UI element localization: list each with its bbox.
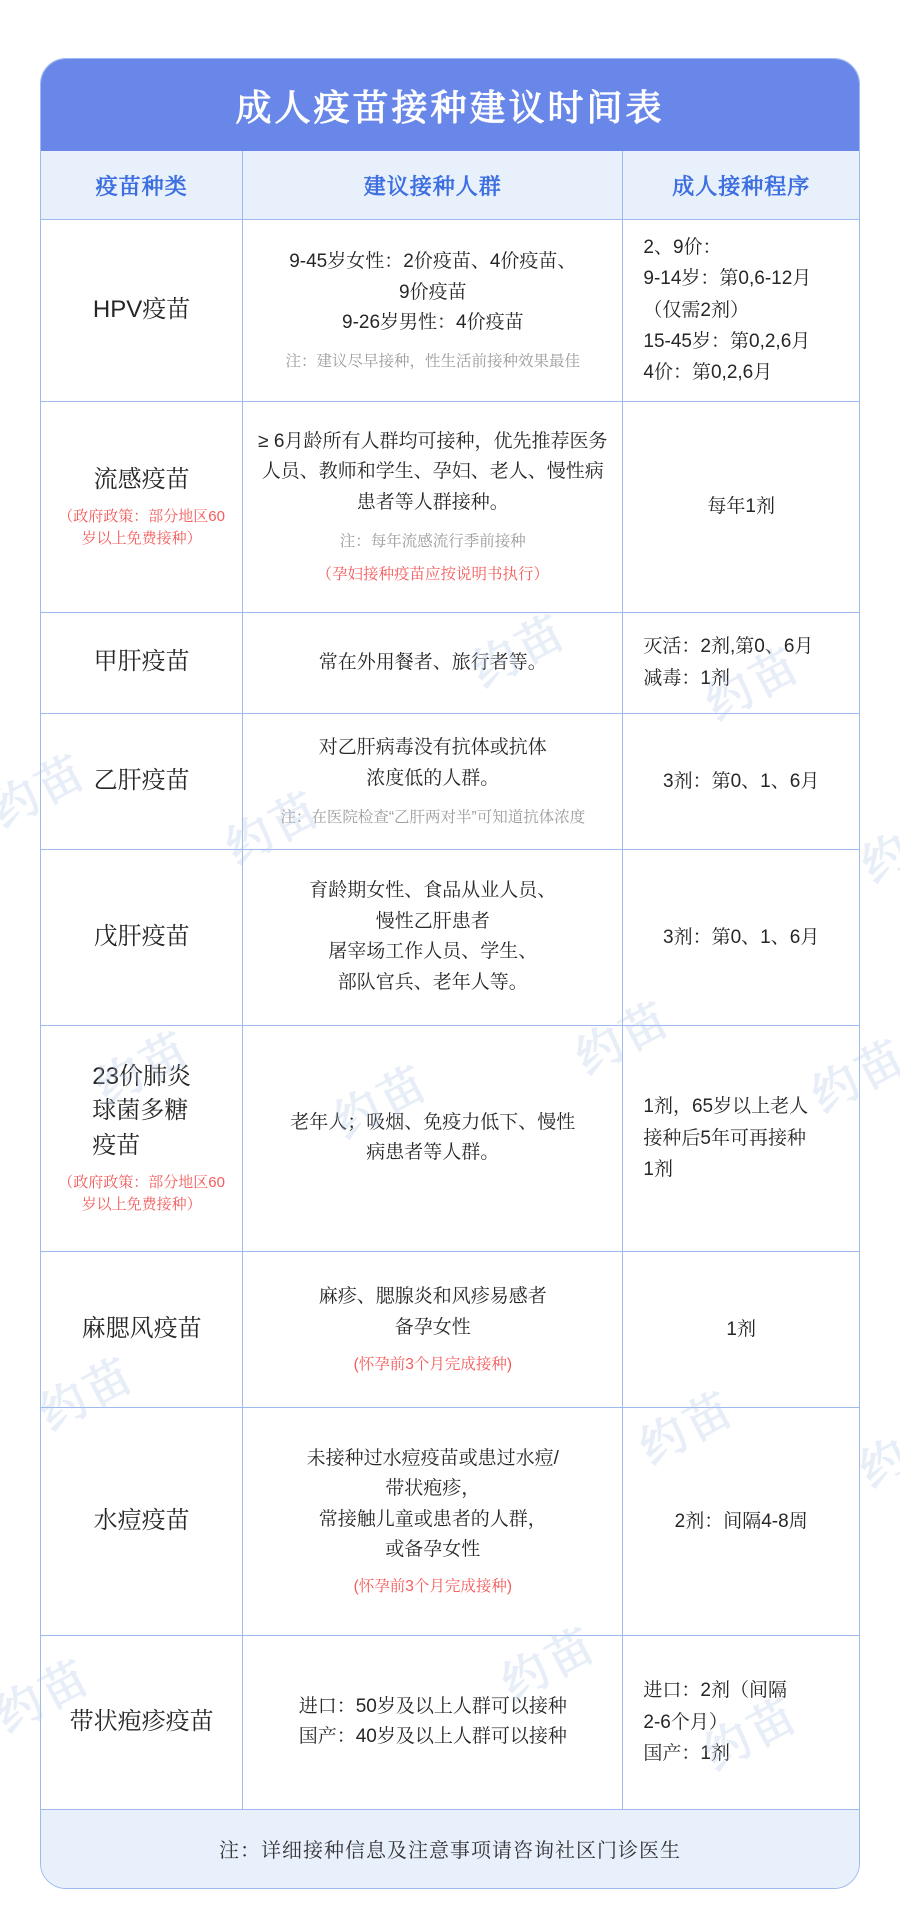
schedule-cell: 2剂：间隔4-8周 — [623, 1408, 859, 1635]
population-cell: 育龄期女性、食品从业人员、慢性乙肝患者屠宰场工作人员、学生、部队官兵、老年人等。 — [242, 850, 623, 1025]
population-cell: 常在外用餐者、旅行者等。 — [242, 613, 623, 713]
vaccine-cell: 甲肝疫苗 — [41, 613, 242, 713]
vaccine-name: 23价肺炎球菌多糖疫苗 — [92, 1060, 191, 1164]
vaccine-policy-note: （政府政策：部分地区60岁以上免费接种） — [55, 1172, 228, 1217]
population-text: 进口：50岁及以上人群可以接种国产：40岁及以上人群可以接种 — [299, 1692, 567, 1753]
schedule-cell: 每年1剂 — [623, 402, 859, 612]
schedule-text: 3剂：第0、1、6月 — [663, 766, 819, 797]
table-row: 乙肝疫苗 对乙肝病毒没有抗体或抗体浓度低的人群。 注：在医院检查“乙肝两对半”可… — [41, 714, 859, 850]
vaccine-cell: HPV疫苗 — [41, 220, 242, 401]
table-row: 麻腮风疫苗 麻疹、腮腺炎和风疹易感者备孕女性 (怀孕前3个月完成接种) 1剂 — [41, 1252, 859, 1408]
schedule-cell: 1剂，65岁以上老人接种后5年可再接种1剂 — [623, 1026, 859, 1251]
population-cell: 进口：50岁及以上人群可以接种国产：40岁及以上人群可以接种 — [242, 1636, 623, 1809]
schedule-text: 2剂：间隔4-8周 — [675, 1506, 808, 1537]
header-vaccine-type: 疫苗种类 — [41, 151, 242, 219]
vaccine-cell: 戊肝疫苗 — [41, 850, 242, 1025]
schedule-text: 每年1剂 — [707, 491, 775, 522]
vaccine-cell: 乙肝疫苗 — [41, 714, 242, 849]
schedule-text: 3剂：第0、1、6月 — [663, 922, 819, 953]
population-cell: 老年人；吸烟、免疫力低下、慢性病患者等人群。 — [242, 1026, 623, 1251]
population-text: 麻疹、腮腺炎和风疹易感者备孕女性 — [319, 1282, 547, 1343]
schedule-cell: 3剂：第0、1、6月 — [623, 714, 859, 849]
population-cell: 9-45岁女性：2价疫苗、4价疫苗、9价疫苗9-26岁男性：4价疫苗 注：建议尽… — [242, 220, 623, 401]
population-gray-note: 注：在医院检查“乙肝两对半”可知道抗体浓度 — [280, 806, 585, 829]
table-row: 水痘疫苗 未接种过水痘疫苗或患过水痘/带状疱疹，常接触儿童或患者的人群，或备孕女… — [41, 1408, 859, 1636]
population-text: 对乙肝病毒没有抗体或抗体浓度低的人群。 — [319, 733, 547, 794]
population-text: 9-45岁女性：2价疫苗、4价疫苗、9价疫苗9-26岁男性：4价疫苗 — [289, 247, 576, 338]
schedule-cell: 进口：2剂（间隔2-6个月）国产：1剂 — [623, 1636, 859, 1809]
page-title: 成人疫苗接种建议时间表 — [235, 80, 664, 131]
population-gray-note: 注：每年流感流行季前接种 — [340, 530, 526, 553]
vaccine-name: 甲肝疫苗 — [94, 645, 190, 680]
vaccine-cell: 23价肺炎球菌多糖疫苗 （政府政策：部分地区60岁以上免费接种） — [41, 1026, 242, 1251]
population-text: 未接种过水痘疫苗或患过水痘/带状疱疹，常接触儿童或患者的人群，或备孕女性 — [307, 1444, 559, 1566]
population-gray-note: 注：建议尽早接种，性生活前接种效果最佳 — [286, 350, 581, 373]
population-text: 常在外用餐者、旅行者等。 — [319, 648, 547, 678]
schedule-cell: 2、9价：9-14岁：第0,6-12月（仅需2剂）15-45岁：第0,2,6月4… — [623, 220, 859, 401]
title-bar: 成人疫苗接种建议时间表 — [41, 59, 859, 151]
schedule-text: 灭活：2剂,第0、6月减毒：1剂 — [637, 631, 845, 694]
table-body: HPV疫苗 9-45岁女性：2价疫苗、4价疫苗、9价疫苗9-26岁男性：4价疫苗… — [41, 220, 859, 1810]
table-row: 戊肝疫苗 育龄期女性、食品从业人员、慢性乙肝患者屠宰场工作人员、学生、部队官兵、… — [41, 850, 859, 1026]
vaccine-cell: 流感疫苗 （政府政策：部分地区60岁以上免费接种） — [41, 402, 242, 612]
schedule-cell: 1剂 — [623, 1252, 859, 1407]
table-row: HPV疫苗 9-45岁女性：2价疫苗、4价疫苗、9价疫苗9-26岁男性：4价疫苗… — [41, 220, 859, 402]
population-red-warning: （孕妇接种疫苗应按说明书执行） — [317, 563, 550, 586]
schedule-text: 1剂 — [726, 1314, 756, 1345]
table-header-row: 疫苗种类 建议接种人群 成人接种程序 — [41, 151, 859, 220]
vaccine-name: 麻腮风疫苗 — [82, 1312, 202, 1347]
vaccine-name: 乙肝疫苗 — [94, 764, 190, 799]
schedule-cell: 灭活：2剂,第0、6月减毒：1剂 — [623, 613, 859, 713]
vaccine-name: 流感疫苗 — [94, 463, 190, 498]
population-cell: 麻疹、腮腺炎和风疹易感者备孕女性 (怀孕前3个月完成接种) — [242, 1252, 623, 1407]
vaccine-name: HPV疫苗 — [93, 293, 190, 328]
schedule-text: 2、9价：9-14岁：第0,6-12月（仅需2剂）15-45岁：第0,2,6月4… — [637, 232, 845, 389]
schedule-text: 进口：2剂（间隔2-6个月）国产：1剂 — [637, 1675, 845, 1769]
vaccine-name: 戊肝疫苗 — [94, 920, 190, 955]
table-row: 甲肝疫苗 常在外用餐者、旅行者等。 灭活：2剂,第0、6月减毒：1剂 — [41, 613, 859, 714]
table-row: 流感疫苗 （政府政策：部分地区60岁以上免费接种） ≥ 6月龄所有人群均可接种，… — [41, 402, 859, 613]
vaccine-policy-note: （政府政策：部分地区60岁以上免费接种） — [55, 506, 228, 551]
population-cell: ≥ 6月龄所有人群均可接种，优先推荐医务人员、教师和学生、孕妇、老人、慢性病患者… — [242, 402, 623, 612]
schedule-text: 1剂，65岁以上老人接种后5年可再接种1剂 — [637, 1091, 845, 1185]
header-adult-schedule: 成人接种程序 — [623, 151, 859, 219]
population-red-warning: (怀孕前3个月完成接种) — [354, 1353, 512, 1376]
table-row: 23价肺炎球菌多糖疫苗 （政府政策：部分地区60岁以上免费接种） 老年人；吸烟、… — [41, 1026, 859, 1252]
vaccine-schedule-card: 成人疫苗接种建议时间表 疫苗种类 建议接种人群 成人接种程序 HPV疫苗 9-4… — [40, 58, 860, 1889]
schedule-cell: 3剂：第0、1、6月 — [623, 850, 859, 1025]
vaccine-cell: 水痘疫苗 — [41, 1408, 242, 1635]
population-cell: 未接种过水痘疫苗或患过水痘/带状疱疹，常接触儿童或患者的人群，或备孕女性 (怀孕… — [242, 1408, 623, 1635]
header-recommended-population: 建议接种人群 — [242, 151, 623, 219]
vaccine-name: 水痘疫苗 — [94, 1504, 190, 1539]
vaccine-cell: 带状疱疹疫苗 — [41, 1636, 242, 1809]
footer-note: 注：详细接种信息及注意事项请咨询社区门诊医生 — [41, 1810, 859, 1888]
vaccine-cell: 麻腮风疫苗 — [41, 1252, 242, 1407]
population-text: ≥ 6月龄所有人群均可接种，优先推荐医务人员、教师和学生、孕妇、老人、慢性病患者… — [257, 427, 608, 518]
population-text: 老年人；吸烟、免疫力低下、慢性病患者等人群。 — [290, 1108, 575, 1169]
population-text: 育龄期女性、食品从业人员、慢性乙肝患者屠宰场工作人员、学生、部队官兵、老年人等。 — [309, 876, 556, 998]
population-cell: 对乙肝病毒没有抗体或抗体浓度低的人群。 注：在医院检查“乙肝两对半”可知道抗体浓… — [242, 714, 623, 849]
vaccine-name: 带状疱疹疫苗 — [70, 1705, 214, 1740]
population-red-warning: (怀孕前3个月完成接种) — [354, 1575, 512, 1598]
table-row: 带状疱疹疫苗 进口：50岁及以上人群可以接种国产：40岁及以上人群可以接种 进口… — [41, 1636, 859, 1810]
